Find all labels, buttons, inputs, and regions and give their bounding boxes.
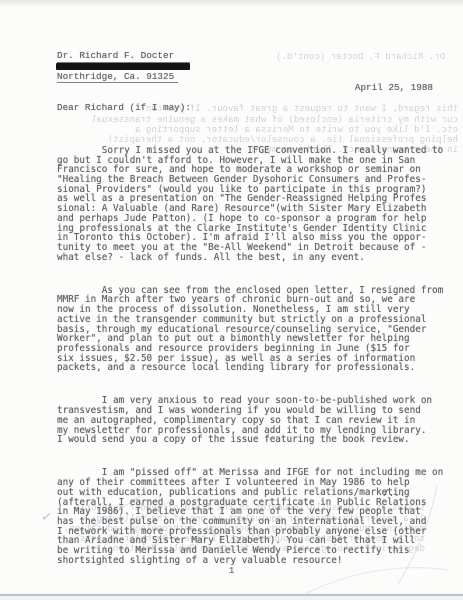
- redacted-address-bar: [56, 63, 190, 70]
- letter-date: April 25, 1988: [355, 83, 433, 93]
- paragraph: I am "pissed off" at Merissa and IFGE fo…: [57, 468, 437, 565]
- paragraph: As you can see from the enclosed open le…: [57, 286, 437, 373]
- letter-body: Sorry I missed you at the IFGE conventio…: [57, 127, 437, 585]
- bottom-scan-line: [0, 594, 463, 596]
- sender-name: Dr. Richard F. Docter: [57, 51, 190, 63]
- page-number: 1: [0, 566, 463, 576]
- paragraph: I am very anxious to read your soon-to-b…: [57, 396, 437, 445]
- top-scan-edge: [0, 0, 463, 7]
- sender-city: Northridge, Ca. 91325: [57, 72, 178, 84]
- check-mark-annotation: ✓: [40, 509, 53, 525]
- salutation: Dear Richard (if I may):: [57, 103, 191, 113]
- bleed-through-header-line: Dr. Richard F. Docter (cont'd.): [276, 52, 445, 62]
- paragraph: Sorry I missed you at the IFGE conventio…: [57, 146, 437, 262]
- scanned-letter-page: Dr. Richard F. Docter (cont'd.) this reg…: [0, 0, 463, 600]
- continuation-mark: /...: [383, 489, 405, 499]
